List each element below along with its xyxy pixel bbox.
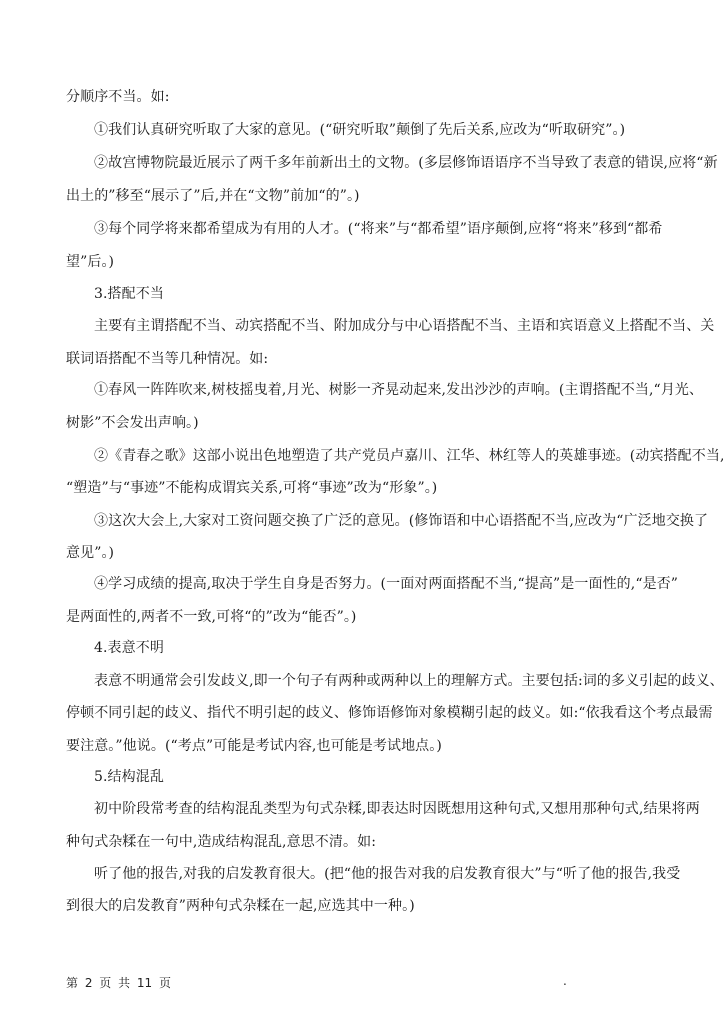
- text-line: ①我们认真研究听取了大家的意见。(“研究听取”颠倒了先后关系,应改为“听取研究”…: [94, 120, 694, 140]
- text-line: 分顺序不当。如:: [66, 87, 666, 107]
- text-line: 树影”不会发出声响。): [66, 413, 666, 433]
- text-line: 联词语搭配不当等几种情况。如:: [66, 349, 666, 369]
- text-line: ②故宫博物院最近展示了两千多年前新出土的文物。(多层修饰语语序不当导致了表意的错…: [94, 153, 694, 173]
- text-line: 到很大的启发教育”两种句式杂糅在一起,应选其中一种。): [66, 896, 666, 916]
- section-heading: 4.表意不明: [94, 638, 694, 658]
- text-line: 是两面性的,两者不一致,可将“的”改为“能否”。): [66, 607, 666, 627]
- text-line: 望”后。): [66, 252, 666, 272]
- text-line: 意见”。): [66, 543, 666, 563]
- text-line: ④学习成绩的提高,取决于学生自身是否努力。(一面对两面搭配不当,“提高”是一面性…: [94, 574, 694, 594]
- text-line: ③这次大会上,大家对工资问题交换了广泛的意见。(修饰语和中心语搭配不当,应改为“…: [94, 511, 694, 531]
- text-line: “塑造”与“事迹”不能构成谓宾关系,可将“事迹”改为“形象”。): [66, 478, 666, 498]
- document-page: 分顺序不当。如: ①我们认真研究听取了大家的意见。(“研究听取”颠倒了先后关系,…: [0, 0, 723, 1024]
- text-line: ①春风一阵阵吹来,树枝摇曳着,月光、树影一齐晃动起来,发出沙沙的声响。(主谓搭配…: [94, 380, 694, 400]
- text-line: 要注意。”他说。(“考点”可能是考试内容,也可能是考试地点。): [66, 736, 666, 756]
- text-line: ②《青春之歌》这部小说出色地塑造了共产党员卢嘉川、江华、林红等人的英雄事迹。(动…: [94, 446, 694, 466]
- footer-dot: .: [563, 974, 567, 988]
- text-line: 主要有主谓搭配不当、动宾搭配不当、附加成分与中心语搭配不当、主语和宾语意义上搭配…: [94, 316, 694, 336]
- section-heading: 3.搭配不当: [94, 284, 694, 304]
- text-line: 出土的”移至“展示了”后,并在“文物”前加“的”。): [66, 186, 666, 206]
- text-line: ③每个同学将来都希望成为有用的人才。(“将来”与“都希望”语序颠倒,应将“将来”…: [94, 219, 694, 239]
- section-heading: 5.结构混乱: [94, 767, 694, 787]
- page-number: 第 2 页 共 11 页: [66, 975, 171, 991]
- text-line: 停顿不同引起的歧义、指代不明引起的歧义、修饰语修饰对象模糊引起的歧义。如:“依我…: [66, 703, 666, 723]
- text-line: 听了他的报告,对我的启发教育很大。(把“他的报告对我的启发教育很大”与“听了他的…: [94, 864, 694, 884]
- text-line: 种句式杂糅在一句中,造成结构混乱,意思不清。如:: [66, 832, 666, 852]
- text-line: 表意不明通常会引发歧义,即一个句子有两种或两种以上的理解方式。主要包括:词的多义…: [94, 671, 694, 691]
- text-line: 初中阶段常考查的结构混乱类型为句式杂糅,即表达时因既想用这种句式,又想用那种句式…: [94, 799, 694, 819]
